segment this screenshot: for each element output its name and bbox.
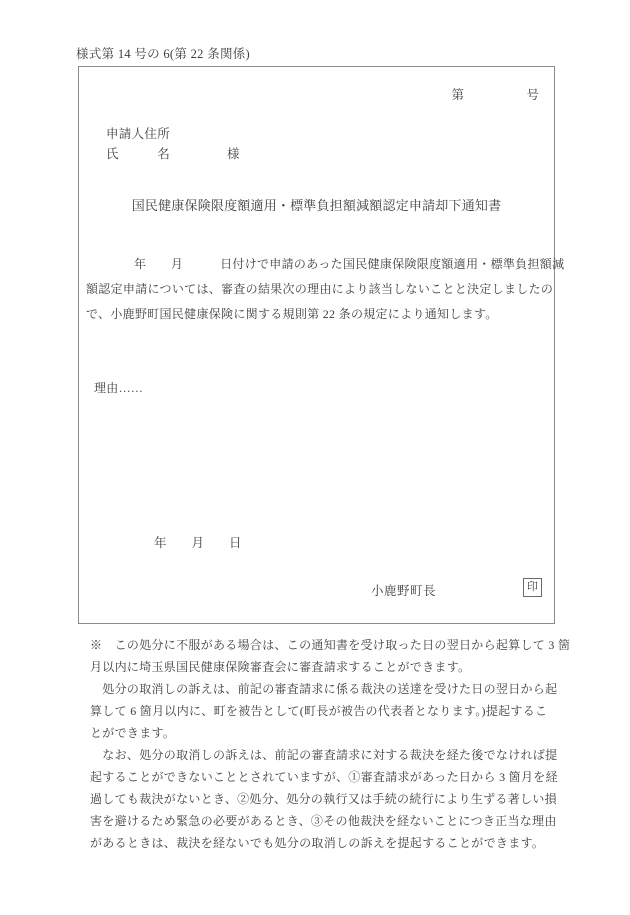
footnote-line: とができます。 [90, 722, 565, 744]
body-line: 額認定申請については、審査の結果次の理由により該当しないことと決定しましたの [86, 277, 552, 302]
footnote-line: 過しても裁決がないとき、②処分、処分の執行又は手続の続行により生ずる著しい損 [90, 788, 565, 810]
name-label: 氏 名 [106, 147, 170, 161]
footnote-block: ※ この処分に不服がある場合は、この通知書を受け取った日の翌日から起算して 3 … [90, 634, 565, 854]
document-title: 国民健康保険限度額適用・標準負担額減額認定申請却下通知書 [79, 195, 554, 214]
footnote-line: 起することができないこととされていますが、①審査請求があった日から 3 箇月を経 [90, 766, 565, 788]
footnote-line: があるときは、裁決を経ないでも処分の取消しの訴えを提起することができます。 [90, 832, 565, 854]
body-paragraph: 年 月 日付けで申請のあった国民健康保険限度額適用・標準負担額減 額認定申請につ… [86, 252, 552, 327]
honorific-label: 様 [227, 147, 240, 161]
issuer-label: 小鹿野町長 [371, 581, 436, 599]
seal-stamp-icon: 印 [523, 578, 542, 597]
notice-form-box: 第 号 申請人住所 氏 名様 国民健康保険限度額適用・標準負担額減額認定申請却下… [78, 66, 555, 624]
form-style-label: 様式第 14 号の 6(第 22 条関係) [76, 44, 250, 62]
applicant-address-label: 申請人住所 [106, 124, 170, 142]
footnote-line: ※ この処分に不服がある場合は、この通知書を受け取った日の翌日から起算して 3 … [90, 634, 565, 656]
document-number-line: 第 号 [451, 85, 539, 103]
applicant-name-line: 氏 名様 [106, 144, 240, 162]
footnote-line: なお、処分の取消しの訴えは、前記の審査請求に対する裁決を経た後でなければ提 [90, 744, 565, 766]
reason-label: 理由…… [94, 379, 143, 396]
body-line: 年 月 日付けで申請のあった国民健康保険限度額適用・標準負担額減 [86, 252, 552, 277]
footnote-line: 害を避けるため緊急の必要があるとき、③その他裁決を経ないことにつき正当な理由 [90, 810, 565, 832]
footnote-line: 算して 6 箇月以内に、町を被告として(町長が被告の代表者となります。)提起する… [90, 700, 565, 722]
footnote-line: 月以内に埼玉県国民健康保険審査会に審査請求することができます。 [90, 656, 565, 678]
footnote-line: 処分の取消しの訴えは、前記の審査請求に係る裁決の送達を受けた日の翌日から起 [90, 678, 565, 700]
document-page: 様式第 14 号の 6(第 22 条関係) 第 号 申請人住所 氏 名様 国民健… [0, 0, 630, 915]
issue-date-line: 年 月 日 [154, 533, 242, 551]
body-line: で、小鹿野町国民健康保険に関する規則第 22 条の規定により通知します。 [86, 302, 552, 327]
